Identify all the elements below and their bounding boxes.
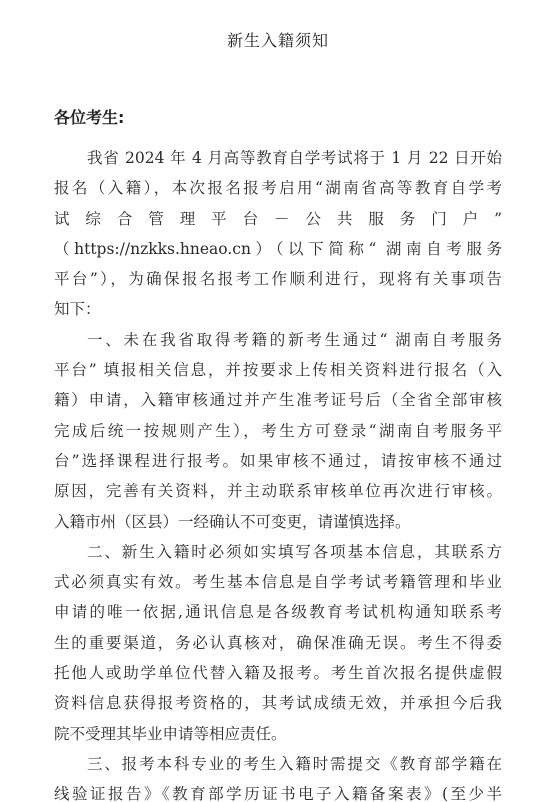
body-line: 试综合管理平台－公共服务门户” xyxy=(54,204,502,234)
body-line: 资料信息获得报考资格的，其考试成绩无效，并承担今后我 xyxy=(54,688,502,718)
body-line: 知下： xyxy=(54,294,502,324)
document-title: 新生入籍须知 xyxy=(0,30,556,52)
body-line: 平台” 填报相关信息，并按要求上传相关资料进行报名（入 xyxy=(54,355,502,385)
body-line: 线验证报告》《教育部学历证书电子入籍备案表》(至少半 xyxy=(54,779,502,802)
salutation: 各位考生: xyxy=(54,107,124,129)
body-line: 入籍市州（区县）一经确认不可变更，请谨慎选择。 xyxy=(54,507,502,537)
body-line: 完成后统一按规则产生），考生方可登录“湖南自考服务平 xyxy=(54,416,502,446)
document-page: 新生入籍须知 各位考生: 我省 2024 年 4 月高等教育自学考试将于 1 月… xyxy=(0,0,556,802)
body-line: 原因，完善有关资料，并主动联系审核单位再次进行审核。 xyxy=(54,476,502,506)
body-line: 申请的唯一依据,通讯信息是各级教育考试机构通知联系考 xyxy=(54,597,502,627)
body-line: 报名（入籍），本次报名报考启用“湖南省高等教育自学考 xyxy=(54,173,502,203)
body-line: 二、新生入籍时必须如实填写各项基本信息，其联系方 xyxy=(54,537,502,567)
body-line: 托他人或助学单位代替入籍及报考。考生首次报名提供虚假 xyxy=(54,658,502,688)
body-line: 院不受理其毕业申请等相应责任。 xyxy=(54,719,502,749)
document-body: 我省 2024 年 4 月高等教育自学考试将于 1 月 22 日开始报名（入籍）… xyxy=(54,143,502,802)
body-line: 三、报考本科专业的考生入籍时需提交《教育部学籍在 xyxy=(54,749,502,779)
body-line: 生的重要渠道，务必认真核对，确保准确无误。考生不得委 xyxy=(54,628,502,658)
body-line: 平台”），为确保报名报考工作顺利进行，现将有关事项告 xyxy=(54,264,502,294)
body-line: 籍）申请，入籍审核通过并产生准考证号后（全省全部审核 xyxy=(54,385,502,415)
body-line: （https://nzkks.hneao.cn）（以下简称“ 湖南自考服务 xyxy=(54,234,502,264)
body-line: 式必须真实有效。考生基本信息是自学考试考籍管理和毕业 xyxy=(54,567,502,597)
body-line: 一、未在我省取得考籍的新考生通过“ 湖南自考服务 xyxy=(54,325,502,355)
body-line: 我省 2024 年 4 月高等教育自学考试将于 1 月 22 日开始 xyxy=(54,143,502,173)
body-line: 台”选择课程进行报考。如果审核不通过，请按审核不通过 xyxy=(54,446,502,476)
